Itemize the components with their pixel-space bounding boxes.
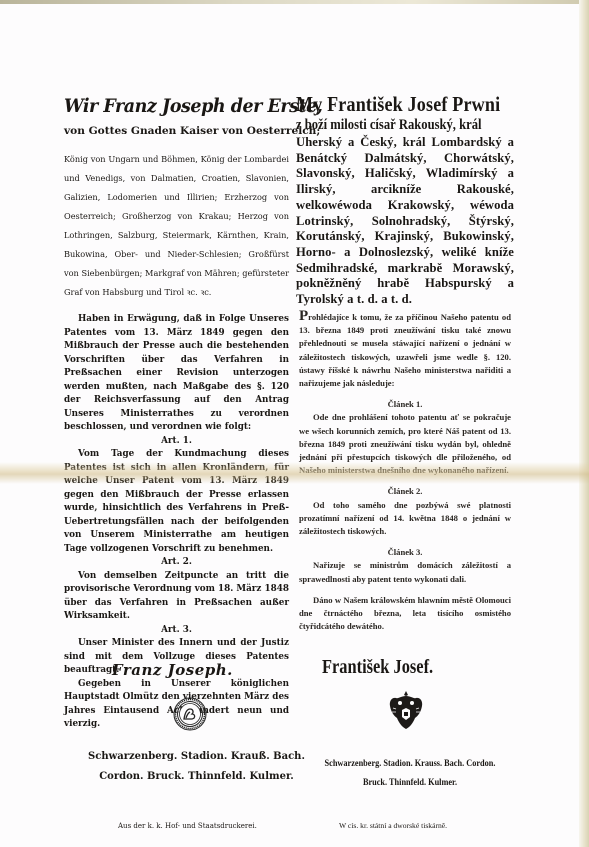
german-preamble: Haben in Erwägung, daß in Folge Unseres … xyxy=(64,313,289,435)
german-article-text: Vom Tage der Kundmachung dieses Patentes… xyxy=(64,448,289,556)
czech-article-text: Ode dne prohlášení tohoto patentu ať se … xyxy=(299,411,511,477)
german-ministers: Schwarzenberg. Stadion. Krauß. Bach. Cor… xyxy=(84,747,309,787)
czech-signature: František Josef. xyxy=(322,656,433,679)
seal-icon xyxy=(173,697,207,731)
german-article-text: Von demselben Zeitpuncte an tritt die pr… xyxy=(64,570,289,624)
paper-edge-right xyxy=(579,0,589,847)
czech-title: My František Josef Prwni xyxy=(296,92,494,117)
german-printer-imprint: Aus der k. k. Hof- und Staatsdruckerei. xyxy=(118,822,257,830)
german-article-heading: Art. 1. xyxy=(64,435,289,449)
czech-subtitle: z boží milosti císař Rakouský, král xyxy=(296,117,489,134)
czech-article-text: Od toho samého dne pozbýwá swé platnosti… xyxy=(299,499,511,539)
czech-article-heading: Článek 2. xyxy=(299,485,511,498)
czech-article-heading: Článek 3. xyxy=(299,546,511,559)
czech-preamble: Prohlédajíce k tomu, že za příčinou Naše… xyxy=(299,310,511,390)
czech-titles: Uherský a Český, král Lombardský a Benát… xyxy=(296,135,514,308)
german-article-heading: Art. 2. xyxy=(64,556,289,570)
czech-dropcap: P xyxy=(299,308,308,324)
german-article-heading: Art. 3. xyxy=(64,624,289,638)
german-titles: König von Ungarn und Böhmen, König der L… xyxy=(64,150,289,302)
german-signature: Franz Joseph. xyxy=(112,661,233,679)
czech-article-text: Nařizuje se ministrům domácích záležitos… xyxy=(299,559,511,585)
czech-printer-imprint: W cís. kr. státní a dworské tiskárně. xyxy=(339,821,447,830)
czech-body: Prohlédajíce k tomu, že za příčinou Naše… xyxy=(299,310,511,633)
german-subtitle: von Gottes Gnaden Kaiser von Oesterreich… xyxy=(64,125,299,137)
german-title: Wir Franz Joseph der Erste, xyxy=(64,95,276,117)
czech-ministers: Schwarzenberg. Stadion. Krauss. Bach. Co… xyxy=(313,754,506,792)
czech-article-heading: Článek 1. xyxy=(299,398,511,411)
czech-given-at: Dáno w Našem králowském hlawním městě Ol… xyxy=(299,594,511,634)
eagle-icon xyxy=(387,690,425,730)
paper-edge-top xyxy=(0,0,589,4)
